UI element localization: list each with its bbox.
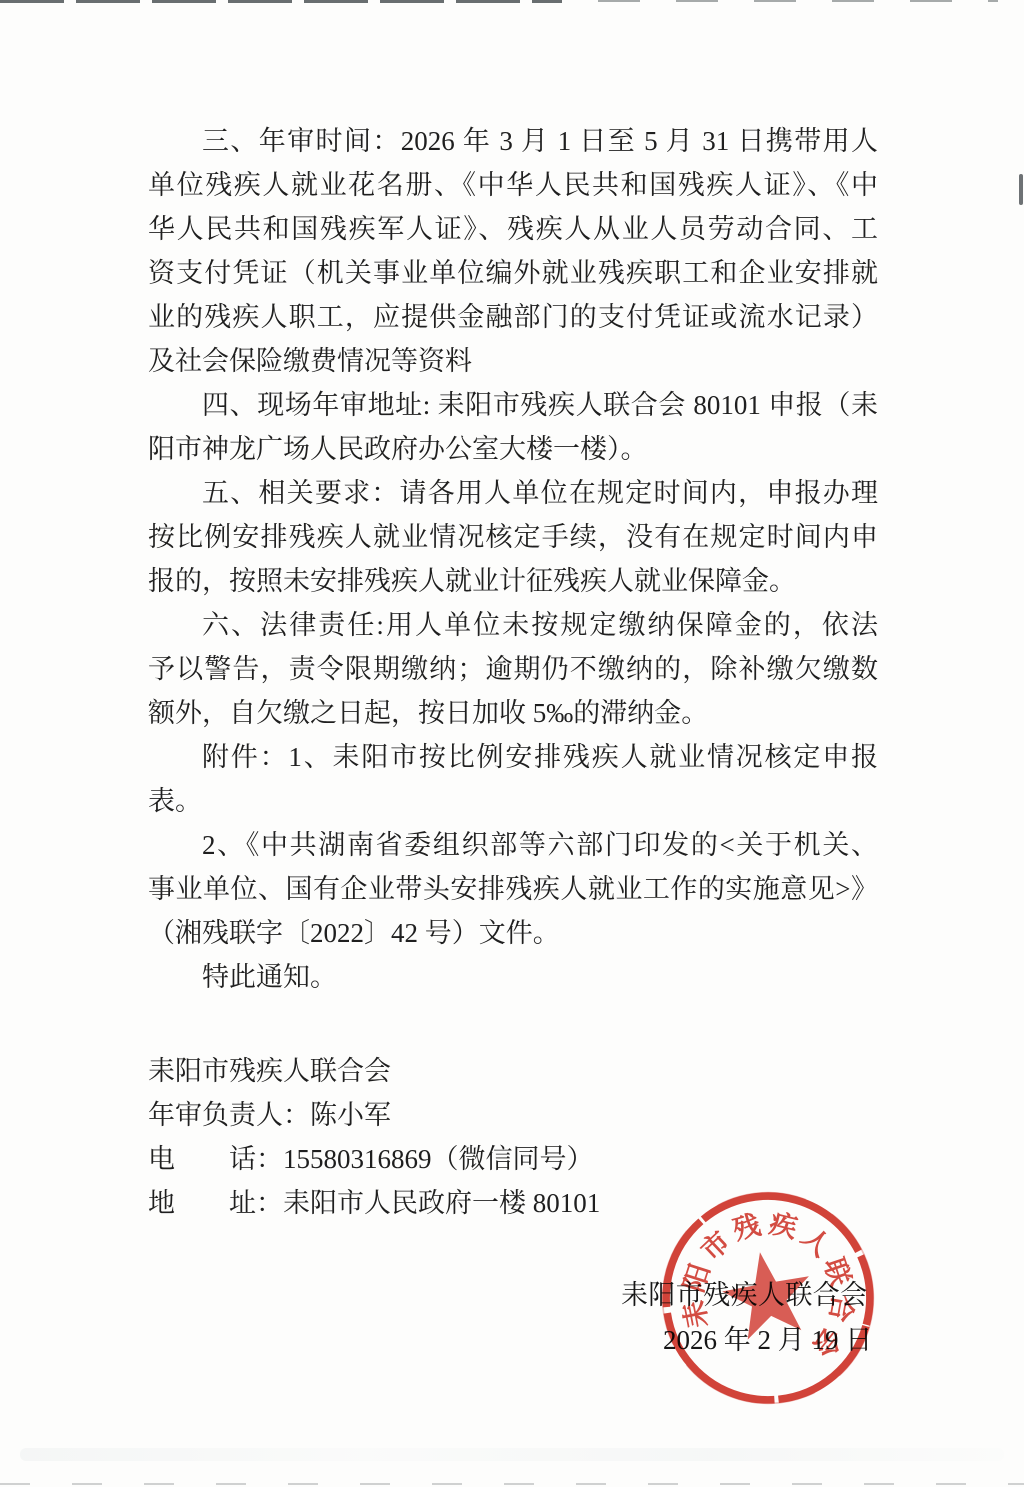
scanned-notice-page: 三、年审时间：2026 年 3 月 1 日至 5 月 31 日携带用人 单位残疾… (0, 0, 1024, 1487)
body-line: 单位残疾人就业花名册、《中华人民共和国残疾人证》、《中 (148, 163, 878, 207)
body-line: 按比例安排残疾人就业情况核定手续，没有在规定时间内申 (148, 515, 878, 559)
scan-artifact-right-dash (1019, 174, 1023, 205)
signature-phone: 电 话：15580316869（微信同号） (148, 1137, 600, 1181)
official-seal-stamp: 耒阳市残疾人联合会 (648, 1178, 888, 1418)
body-line: 事业单位、国有企业带头安排残疾人就业工作的实施意见>》 (148, 867, 878, 911)
body-line: 附件：1、耒阳市按比例安排残疾人就业情况核定申报 (148, 735, 878, 779)
signature-block: 耒阳市残疾人联合会 年审负责人：陈小军 电 话：15580316869（微信同号… (148, 1049, 600, 1225)
notice-body: 三、年审时间：2026 年 3 月 1 日至 5 月 31 日携带用人 单位残疾… (148, 119, 878, 999)
scan-artifact-top-line (0, 0, 562, 3)
body-line: 表。 (148, 779, 878, 823)
scan-artifact-bottom-shading (20, 1448, 1004, 1461)
body-line: 额外，自欠缴之日起，按日加收 5‰的滞纳金。 (148, 691, 878, 735)
signature-reviewer: 年审负责人：陈小军 (148, 1093, 600, 1137)
body-line: 予以警告，责令限期缴纳；逾期仍不缴纳的，除补缴欠缴数 (148, 647, 878, 691)
body-line: 阳市神龙广场人民政府办公室大楼一楼）。 (148, 427, 878, 471)
body-line: 2、《中共湖南省委组织部等六部门印发的<关于机关、 (148, 823, 878, 867)
star-icon (717, 1245, 818, 1343)
body-line: 业的残疾人职工，应提供金融部门的支付凭证或流水记录） (148, 295, 878, 339)
body-line: 报的，按照未安排残疾人就业计征残疾人就业保障金。 (148, 559, 878, 603)
signature-address: 地 址：耒阳市人民政府一楼 80101 (148, 1181, 600, 1225)
body-line: 六、法律责任:用人单位未按规定缴纳保障金的，依法 (148, 603, 878, 647)
body-line: （湘残联字〔2022〕42 号）文件。 (148, 911, 878, 955)
body-line: 五、相关要求：请各用人单位在规定时间内，申报办理 (148, 471, 878, 515)
body-line: 四、现场年审地址: 耒阳市残疾人联合会 80101 申报（耒 (148, 383, 878, 427)
body-line: 资支付凭证（机关事业单位编外就业残疾职工和企业安排就 (148, 251, 878, 295)
signature-org: 耒阳市残疾人联合会 (148, 1049, 600, 1093)
body-line: 及社会保险缴费情况等资料 (148, 339, 878, 383)
body-line: 华人民共和国残疾军人证》、残疾人从业人员劳动合同、工 (148, 207, 878, 251)
scan-artifact-bottom-edge (0, 1483, 1024, 1485)
scan-artifact-top-line-faint (598, 0, 998, 2)
body-line: 特此通知。 (148, 955, 878, 999)
body-line: 三、年审时间：2026 年 3 月 1 日至 5 月 31 日携带用人 (148, 119, 878, 163)
